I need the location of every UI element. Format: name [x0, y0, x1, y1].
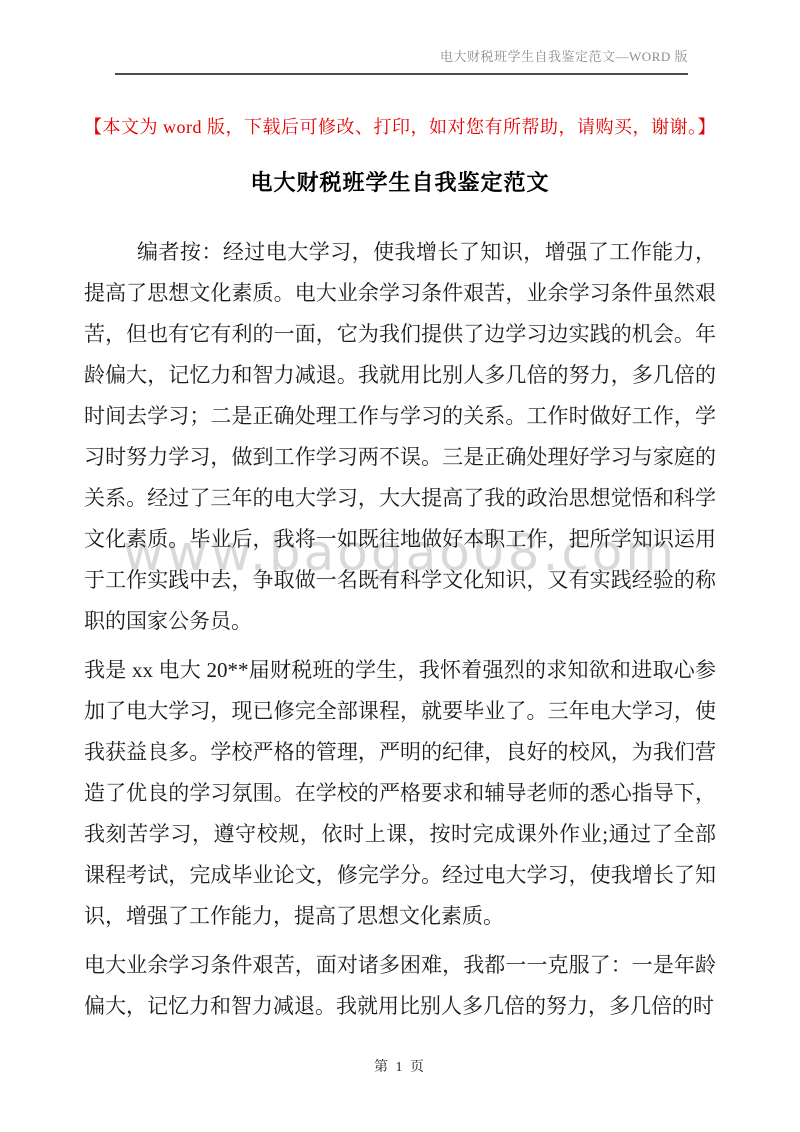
purchase-notice: 【本文为 word 版，下载后可修改、打印，如对您有所帮助，请购买，谢谢。】 [0, 113, 800, 139]
paragraph-self-intro: 我是 xx 电大 20**届财税班的学生，我怀着强烈的求知欲和进取心参加了电大学… [84, 650, 716, 937]
page-number-label: 第 1 页 [374, 1060, 426, 1075]
document-body: 编者按：经过电大学习，使我增长了知识，增强了工作能力，提高了思想文化素质。电大业… [84, 232, 716, 1027]
paragraph-editor-note: 编者按：经过电大学习，使我增长了知识，增强了工作能力，提高了思想文化素质。电大业… [84, 232, 716, 642]
page-footer: 第 1 页 [0, 1056, 800, 1076]
page-header: 电大财税班学生自我鉴定范文—WORD 版 [115, 46, 688, 75]
header-title: 电大财税班学生自我鉴定范文—WORD 版 [440, 49, 688, 64]
paragraph-difficulties: 电大业余学习条件艰苦，面对诸多困难，我都一一克服了：一是年龄偏大，记忆力和智力减… [84, 945, 716, 1027]
document-title: 电大财税班学生自我鉴定范文 [0, 166, 800, 197]
document-page: 电大财税班学生自我鉴定范文—WORD 版 【本文为 word 版，下载后可修改、… [0, 0, 800, 1132]
